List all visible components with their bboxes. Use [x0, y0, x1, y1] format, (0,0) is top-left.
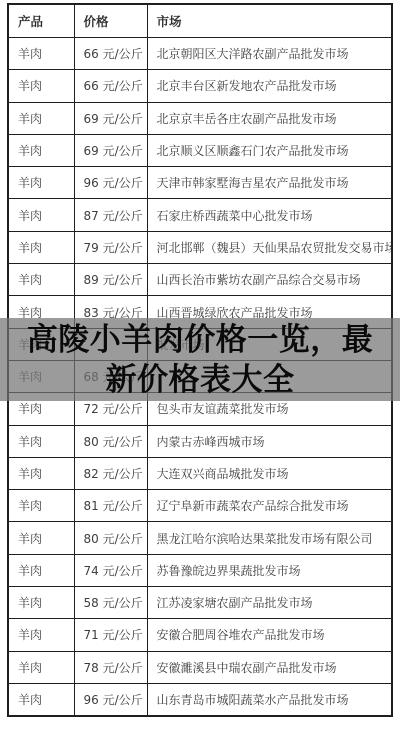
market-cell: 黑龙江哈尔滨哈达果菜批发市场有限公司: [147, 522, 392, 554]
product-cell: 羊肉: [8, 38, 74, 70]
table-row: 羊肉80 元/公斤黑龙江哈尔滨哈达果菜批发市场有限公司: [8, 522, 392, 554]
table-row: 羊肉66 元/公斤北京丰台区新发地农产品批发市场: [8, 70, 392, 102]
market-cell: 江苏凌家塘农副产品批发市场: [147, 587, 392, 619]
price-cell: 58 元/公斤: [74, 587, 147, 619]
table-row: 羊肉71 元/公斤安徽合肥周谷堆农产品批发市场: [8, 619, 392, 651]
table-row: 羊肉96 元/公斤山东青岛市城阳蔬菜水产品批发市场: [8, 683, 392, 716]
market-cell: 辽宁阜新市蔬菜农产品综合批发市场: [147, 490, 392, 522]
market-cell: 天津市韩家墅海吉星农产品批发市场: [147, 167, 392, 199]
product-cell: 羊肉: [8, 231, 74, 263]
product-cell: 羊肉: [8, 619, 74, 651]
market-cell: 北京丰台区新发地农产品批发市场: [147, 70, 392, 102]
price-cell: 80 元/公斤: [74, 522, 147, 554]
price-cell: 79 元/公斤: [74, 231, 147, 263]
table-row: 羊肉96 元/公斤天津市韩家墅海吉星农产品批发市场: [8, 167, 392, 199]
table-row: 羊肉69 元/公斤北京京丰岳各庄农副产品批发市场: [8, 102, 392, 134]
product-cell: 羊肉: [8, 134, 74, 166]
product-cell: 羊肉: [8, 167, 74, 199]
product-cell: 羊肉: [8, 199, 74, 231]
table-row: 羊肉74 元/公斤苏鲁豫皖边界果蔬批发市场: [8, 554, 392, 586]
price-cell: 74 元/公斤: [74, 554, 147, 586]
column-header-market: 市场: [147, 4, 392, 38]
price-cell: 81 元/公斤: [74, 490, 147, 522]
price-cell: 66 元/公斤: [74, 70, 147, 102]
market-cell: 北京朝阳区大洋路农副产品批发市场: [147, 38, 392, 70]
market-cell: 大连双兴商品城批发市场: [147, 457, 392, 489]
table-row: 羊肉82 元/公斤大连双兴商品城批发市场: [8, 457, 392, 489]
column-header-price: 价格: [74, 4, 147, 38]
table-row: 羊肉66 元/公斤北京朝阳区大洋路农副产品批发市场: [8, 38, 392, 70]
price-cell: 80 元/公斤: [74, 425, 147, 457]
headline-text-line-1: 高陵小羊肉价格一览，最: [27, 320, 374, 360]
product-cell: 羊肉: [8, 522, 74, 554]
table-row: 羊肉80 元/公斤内蒙古赤峰西城市场: [8, 425, 392, 457]
price-cell: 71 元/公斤: [74, 619, 147, 651]
column-header-product: 产品: [8, 4, 74, 38]
price-cell: 69 元/公斤: [74, 102, 147, 134]
price-cell: 87 元/公斤: [74, 199, 147, 231]
table-row: 羊肉58 元/公斤江苏凌家塘农副产品批发市场: [8, 587, 392, 619]
product-cell: 羊肉: [8, 70, 74, 102]
product-cell: 羊肉: [8, 490, 74, 522]
product-cell: 羊肉: [8, 264, 74, 296]
product-cell: 羊肉: [8, 425, 74, 457]
product-cell: 羊肉: [8, 102, 74, 134]
product-cell: 羊肉: [8, 651, 74, 683]
headline-text-line-2: 新价格表大全: [106, 360, 295, 400]
market-cell: 北京顺义区顺鑫石门农产品批发市场: [147, 134, 392, 166]
market-cell: 石家庄桥西蔬菜中心批发市场: [147, 199, 392, 231]
price-cell: 82 元/公斤: [74, 457, 147, 489]
product-cell: 羊肉: [8, 587, 74, 619]
product-cell: 羊肉: [8, 554, 74, 586]
table-row: 羊肉78 元/公斤安徽濉溪县中瑞农副产品批发市场: [8, 651, 392, 683]
page: 产品 价格 市场 羊肉66 元/公斤北京朝阳区大洋路农副产品批发市场羊肉66 元…: [0, 0, 400, 729]
product-cell: 羊肉: [8, 457, 74, 489]
table-row: 羊肉87 元/公斤石家庄桥西蔬菜中心批发市场: [8, 199, 392, 231]
table-row: 羊肉79 元/公斤河北邯郸（魏县）天仙果品农贸批发交易市场: [8, 231, 392, 263]
market-cell: 北京京丰岳各庄农副产品批发市场: [147, 102, 392, 134]
price-cell: 89 元/公斤: [74, 264, 147, 296]
table-header-row: 产品 价格 市场: [8, 4, 392, 38]
market-cell: 内蒙古赤峰西城市场: [147, 425, 392, 457]
price-cell: 69 元/公斤: [74, 134, 147, 166]
price-cell: 96 元/公斤: [74, 167, 147, 199]
price-cell: 78 元/公斤: [74, 651, 147, 683]
market-cell: 山东青岛市城阳蔬菜水产品批发市场: [147, 683, 392, 716]
market-cell: 安徽合肥周谷堆农产品批发市场: [147, 619, 392, 651]
market-cell: 山西长治市紫坊农副产品综合交易市场: [147, 264, 392, 296]
market-cell: 河北邯郸（魏县）天仙果品农贸批发交易市场: [147, 231, 392, 263]
headline-overlay: 高陵小羊肉价格一览，最 新价格表大全: [0, 318, 400, 401]
product-cell: 羊肉: [8, 683, 74, 716]
table-row: 羊肉89 元/公斤山西长治市紫坊农副产品综合交易市场: [8, 264, 392, 296]
market-cell: 安徽濉溪县中瑞农副产品批发市场: [147, 651, 392, 683]
table-row: 羊肉69 元/公斤北京顺义区顺鑫石门农产品批发市场: [8, 134, 392, 166]
market-cell: 苏鲁豫皖边界果蔬批发市场: [147, 554, 392, 586]
table-row: 羊肉81 元/公斤辽宁阜新市蔬菜农产品综合批发市场: [8, 490, 392, 522]
price-cell: 66 元/公斤: [74, 38, 147, 70]
price-cell: 96 元/公斤: [74, 683, 147, 716]
